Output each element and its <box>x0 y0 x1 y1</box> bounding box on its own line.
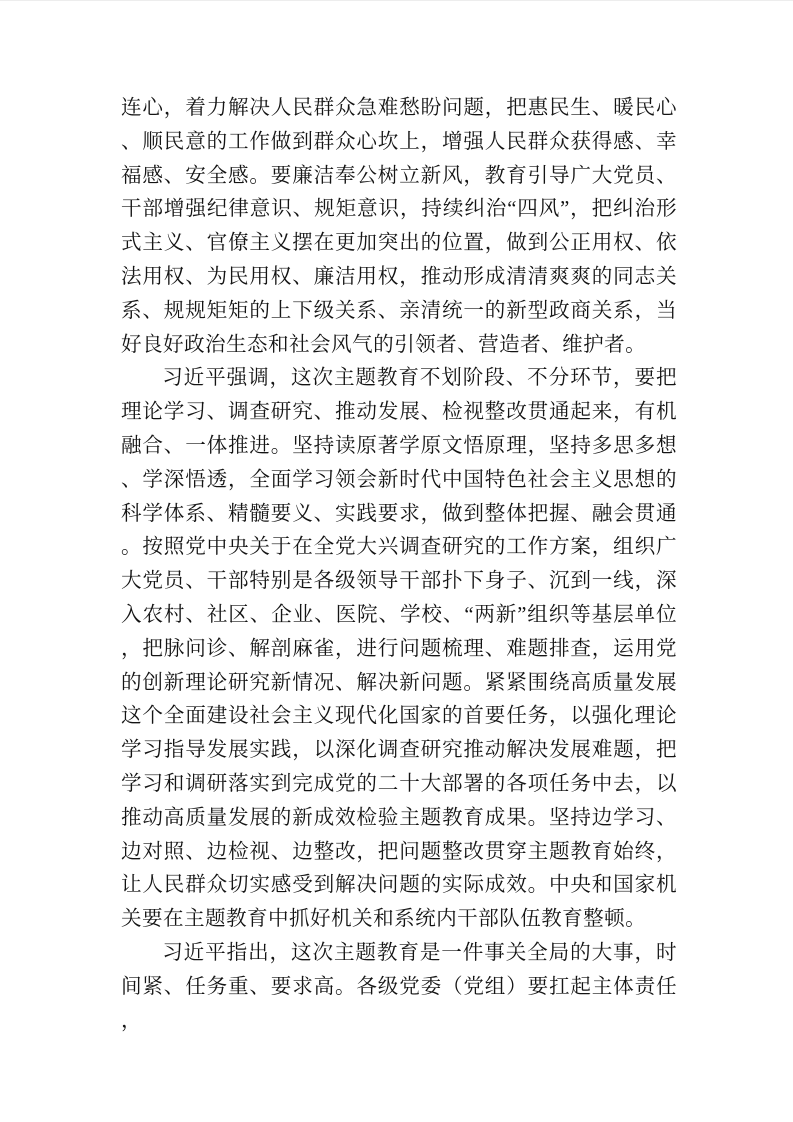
paragraph-xi-pointed-out: 习近平指出，这次主题教育是一件事关全局的大事，时间紧、任务重、要求高。各级党委（… <box>121 937 677 1038</box>
document-page: 连心，着力解决人民群众急难愁盼问题，把惠民生、暖民心、顺民意的工作做到群众心坎上… <box>0 0 793 1122</box>
paragraph-continuation: 连心，着力解决人民群众急难愁盼问题，把惠民生、暖民心、顺民意的工作做到群众心坎上… <box>121 92 677 362</box>
page-top-edge-line <box>0 0 793 1</box>
paragraph-xi-emphasized: 习近平强调，这次主题教育不划阶段、不分环节，要把理论学习、调查研究、推动发展、检… <box>121 362 677 937</box>
document-text-block: 连心，着力解决人民群众急难愁盼问题，把惠民生、暖民心、顺民意的工作做到群众心坎上… <box>121 92 677 1038</box>
